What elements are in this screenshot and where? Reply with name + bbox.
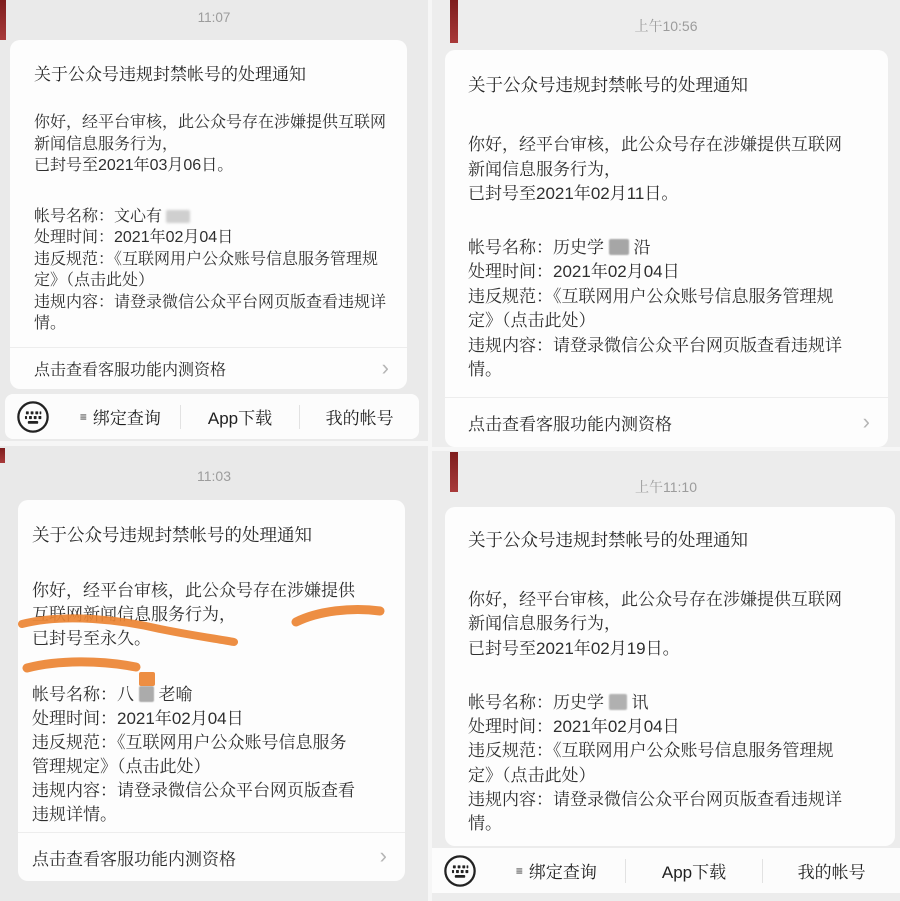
account-name-suffix: 讯 (631, 693, 648, 712)
screenshot-panel-top-right: 上午10:56 关于公众号违规封禁帐号的处理通知 你好，经平台审核，此公众号存在… (432, 0, 900, 447)
body-line: 互联网新闻信息服务行为， (32, 603, 391, 627)
body-line: 你好，经平台审核，此公众号存在涉嫌提供互联网 (468, 133, 865, 158)
violation-content-line: 违规内容：请登录微信公众平台网页版查看违规详 (468, 334, 865, 359)
process-time-line: 处理时间：2021年02月04日 (32, 707, 391, 731)
body-line: 你好，经平台审核，此公众号存在涉嫌提供互联网 (468, 588, 872, 612)
keyboard-icon[interactable] (5, 400, 61, 434)
violation-rule-line: 违反规范：《互联网用户公众账号信息服务管理规 (468, 739, 872, 763)
process-time-line: 处理时间：2021年02月04日 (34, 227, 383, 249)
footer-link[interactable]: 点击查看客服功能内测资格 › (10, 347, 407, 389)
timestamp: 11:03 (0, 468, 428, 484)
notice-meta: 帐号名称：八 老喻 处理时间：2021年02月04日 违反规范：《互联网用户公众… (32, 683, 391, 827)
timestamp: 11:07 (0, 10, 428, 25)
menu-label: 绑定查询 (93, 404, 161, 429)
notice-title: 关于公众号违规封禁帐号的处理通知 (34, 60, 383, 85)
account-name-line: 帐号名称：历史学 讯 (468, 691, 872, 715)
ban-until-line: 已封号至2021年02月19日。 (468, 637, 872, 661)
censored-block (166, 210, 190, 223)
account-name-line: 帐号名称：历史学 沿 (468, 236, 865, 261)
red-edge-artifact (0, 448, 5, 463)
footer-link-label: 点击查看客服功能内测资格 (32, 845, 236, 870)
violation-content-line: 情。 (34, 313, 383, 335)
notice-meta: 帐号名称：历史学 沿 处理时间：2021年02月04日 违反规范：《互联网用户公… (468, 236, 865, 383)
ban-notice-card: 关于公众号违规封禁帐号的处理通知 你好，经平台审核，此公众号存在涉嫌提供互联网 … (10, 40, 407, 389)
censored-block (609, 694, 627, 710)
click-here-link-line[interactable]: 定》（点击此处） (468, 309, 865, 334)
process-time-line: 处理时间：2021年02月04日 (468, 715, 872, 739)
violation-content-line: 违规内容：请登录微信公众平台网页版查看违规详 (468, 788, 872, 812)
notice-meta: 帐号名称：文心有 处理时间：2021年02月04日 违反规范：《互联网用户公众账… (34, 206, 383, 335)
ban-until-line: 已封号至2021年02月11日。 (468, 182, 865, 207)
account-name-suffix: 老喻 (158, 685, 192, 704)
menu-my-account[interactable]: 我的帐号 (300, 404, 419, 429)
notice-body: 你好，经平台审核，此公众号存在涉嫌提供互联网 新闻信息服务行为， 已封号至202… (468, 133, 865, 207)
violation-rule-line: 违反规范：《互联网用户公众账号信息服务 (32, 731, 391, 755)
process-time-line: 处理时间：2021年02月04日 (468, 260, 865, 285)
body-line: 你好，经平台审核，此公众号存在涉嫌提供 (32, 579, 391, 603)
keyboard-icon[interactable] (432, 854, 488, 888)
account-name-line: 帐号名称：八 老喻 (32, 683, 391, 707)
account-name-suffix: 沿 (633, 238, 650, 257)
bottom-toolbar: ≡ 绑定查询 App下载 我的帐号 (5, 394, 419, 439)
menu-label: 绑定查询 (529, 858, 597, 883)
violation-content-line: 违规详情。 (32, 803, 391, 827)
notice-body: 你好，经平台审核，此公众号存在涉嫌提供互联网 新闻信息服务行为， 已封号至202… (468, 588, 872, 661)
violation-content-line: 违规内容：请登录微信公众平台网页版查看 (32, 779, 391, 803)
ban-notice-card: 关于公众号违规封禁帐号的处理通知 你好，经平台审核，此公众号存在涉嫌提供互联网 … (445, 507, 895, 846)
footer-link-label: 点击查看客服功能内测资格 (34, 357, 226, 380)
body-line: 新闻信息服务行为， (468, 158, 865, 183)
violation-content-line: 违规内容：请登录微信公众平台网页版查看违规详 (34, 292, 383, 314)
account-name-prefix: 帐号名称：历史学 (468, 238, 604, 257)
violation-content-line: 情。 (468, 358, 865, 383)
notice-meta: 帐号名称：历史学 讯 处理时间：2021年02月04日 违反规范：《互联网用户公… (468, 691, 872, 837)
bottom-toolbar: ≡ 绑定查询 App下载 我的帐号 (432, 848, 900, 893)
ban-until-line: 已封号至2021年03月06日。 (34, 155, 383, 177)
footer-link-label: 点击查看客服功能内测资格 (468, 410, 672, 435)
screenshot-panel-bottom-right: 上午11:10 关于公众号违规封禁帐号的处理通知 你好，经平台审核，此公众号存在… (432, 451, 900, 901)
body-line: 你好，经平台审核，此公众号存在涉嫌提供互联网 (34, 112, 383, 134)
timestamp: 上午11:10 (432, 477, 900, 497)
timestamp: 上午10:56 (432, 16, 900, 36)
menu-binding-query[interactable]: ≡ 绑定查询 (488, 858, 625, 883)
ban-notice-card: 关于公众号违规封禁帐号的处理通知 你好，经平台审核，此公众号存在涉嫌提供互联网 … (445, 50, 888, 447)
ban-notice-card: 关于公众号违规封禁帐号的处理通知 你好，经平台审核，此公众号存在涉嫌提供 互联网… (18, 500, 405, 881)
click-here-link-line[interactable]: 管理规定》（点击此处） (32, 755, 391, 779)
menu-app-download[interactable]: App下载 (626, 858, 763, 883)
composite-screenshot: 11:07 关于公众号违规封禁帐号的处理通知 你好，经平台审核，此公众号存在涉嫌… (0, 0, 900, 901)
footer-link[interactable]: 点击查看客服功能内测资格 › (18, 832, 405, 881)
censored-block (609, 239, 629, 255)
censored-block (139, 686, 154, 702)
chevron-right-icon: › (380, 845, 387, 867)
notice-title: 关于公众号违规封禁帐号的处理通知 (32, 522, 391, 547)
ban-until-line: 已封号至永久。 (32, 627, 391, 651)
violation-rule-line: 违反规范：《互联网用户公众账号信息服务管理规 (34, 249, 383, 271)
account-name-prefix: 帐号名称：八 (32, 685, 134, 704)
menu-my-account[interactable]: 我的帐号 (763, 858, 900, 883)
click-here-link-line[interactable]: 定》（点击此处） (34, 270, 383, 292)
violation-rule-line: 违反规范：《互联网用户公众账号信息服务管理规 (468, 285, 865, 310)
screenshot-panel-top-left: 11:07 关于公众号违规封禁帐号的处理通知 你好，经平台审核，此公众号存在涉嫌… (0, 0, 428, 441)
chevron-right-icon: › (863, 411, 870, 433)
violation-content-line: 情。 (468, 812, 872, 836)
click-here-link-line[interactable]: 定》（点击此处） (468, 764, 872, 788)
body-line: 新闻信息服务行为， (34, 134, 383, 156)
account-name-prefix: 帐号名称：历史学 (468, 693, 604, 712)
notice-title: 关于公众号违规封禁帐号的处理通知 (468, 527, 872, 552)
notice-title: 关于公众号违规封禁帐号的处理通知 (468, 72, 865, 97)
notice-body: 你好，经平台审核，此公众号存在涉嫌提供互联网 新闻信息服务行为， 已封号至202… (34, 112, 383, 177)
menu-binding-query[interactable]: ≡ 绑定查询 (61, 404, 180, 429)
footer-link[interactable]: 点击查看客服功能内测资格 › (445, 397, 888, 447)
submenu-icon: ≡ (516, 864, 523, 878)
menu-app-download[interactable]: App下载 (181, 404, 300, 429)
chevron-right-icon: › (382, 357, 389, 379)
screenshot-panel-bottom-left: 11:03 关于公众号违规封禁帐号的处理通知 你好，经平台审核，此公众号存在涉嫌… (0, 446, 428, 901)
notice-body: 你好，经平台审核，此公众号存在涉嫌提供 互联网新闻信息服务行为， 已封号至永久。 (32, 579, 391, 651)
account-name-line: 帐号名称：文心有 (34, 206, 383, 228)
submenu-icon: ≡ (80, 410, 87, 424)
account-name-prefix: 帐号名称：文心有 (34, 208, 162, 225)
body-line: 新闻信息服务行为， (468, 612, 872, 636)
